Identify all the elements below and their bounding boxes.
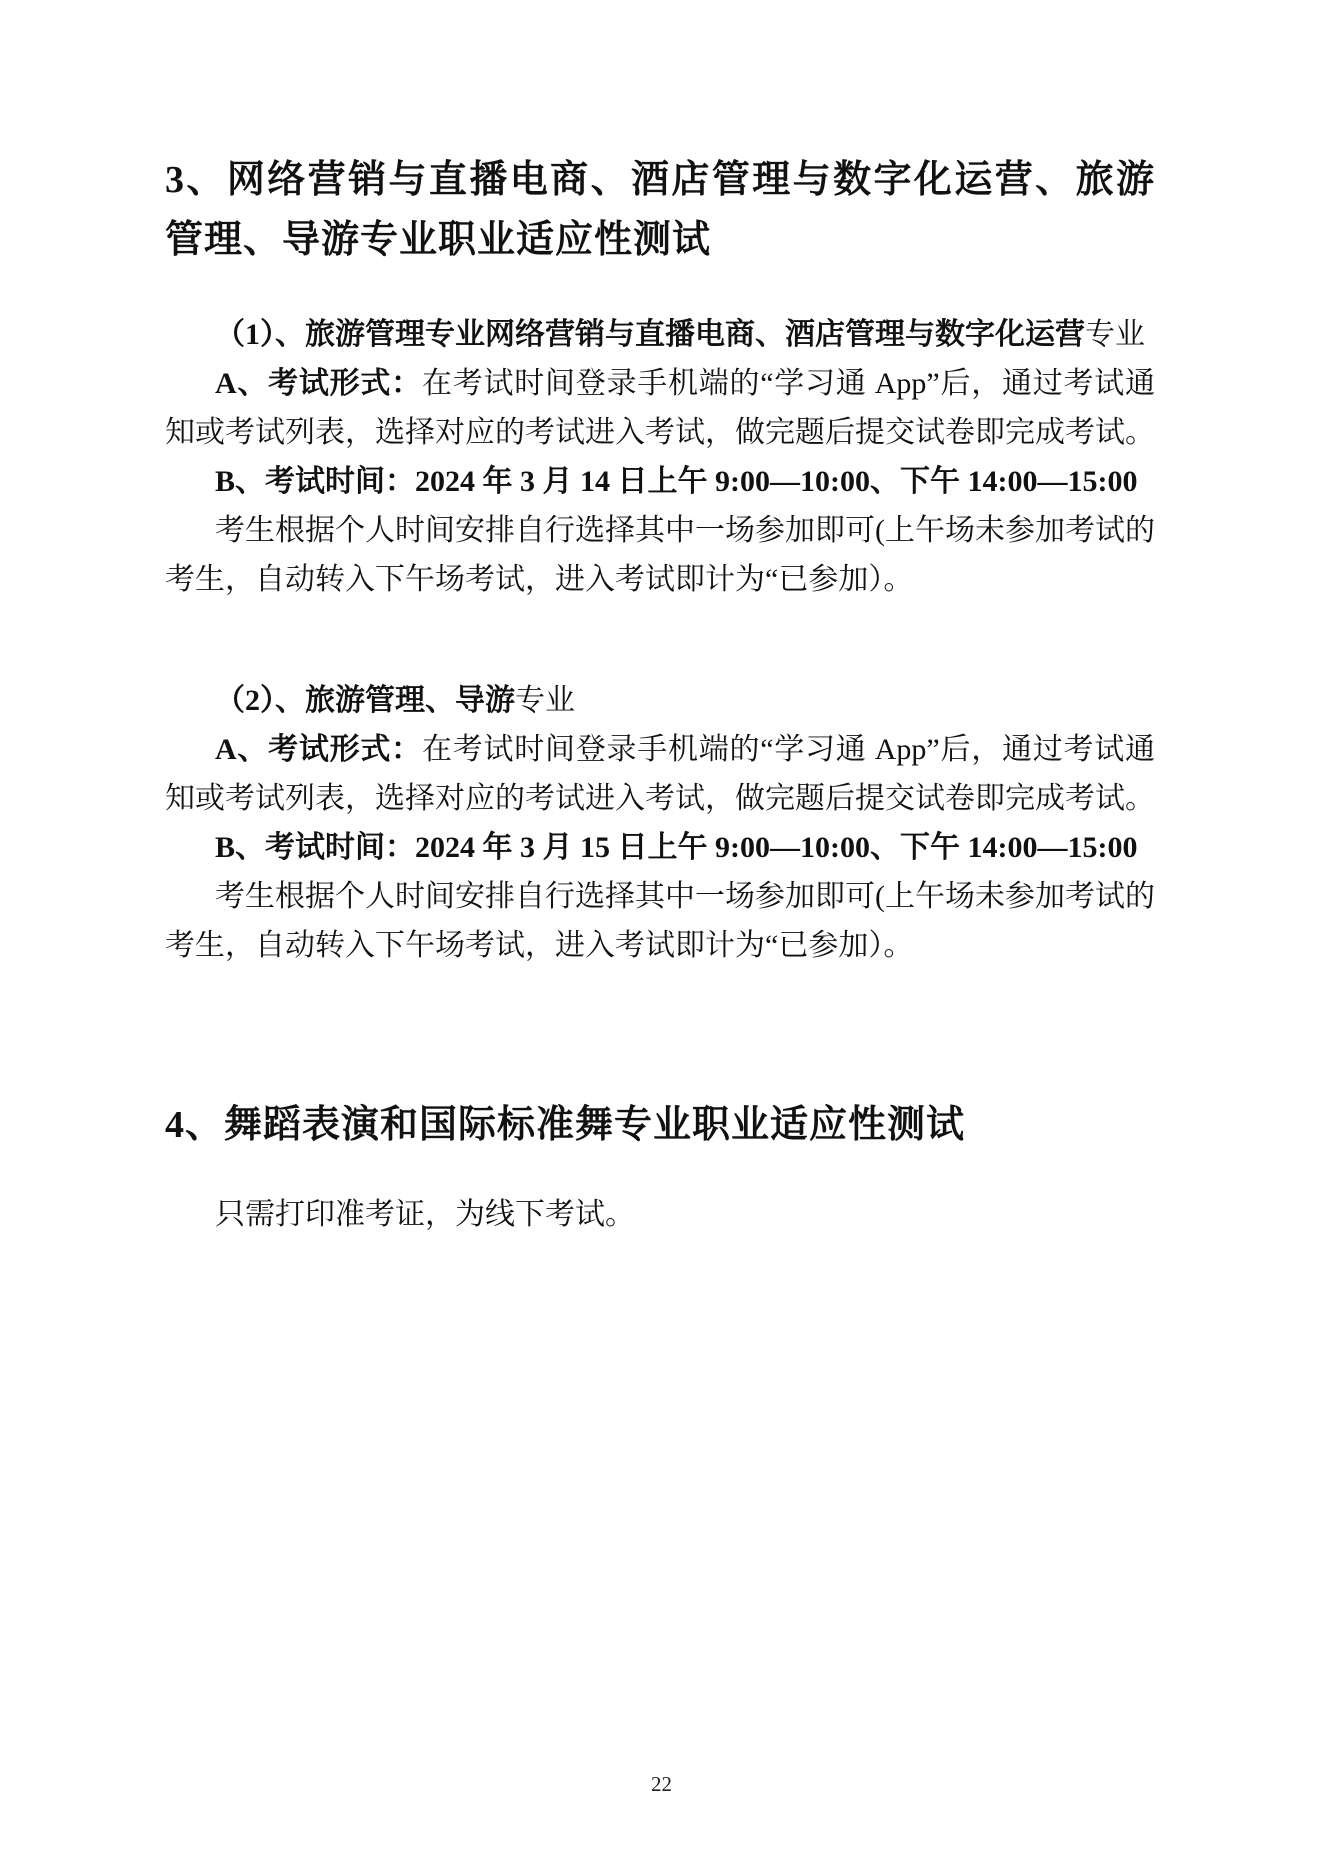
sub2-exam-format-label: A、考试形式： bbox=[215, 733, 422, 766]
sub2-number: （2）、 bbox=[215, 684, 305, 717]
section3-sub1-exam-format: A、考试形式：在考试时间登录手机端的“学习通 App”后，通过考试通知或考试列表… bbox=[165, 359, 1155, 457]
sub1-majors: 旅游管理专业网络营销与直播电商、酒店管理与数字化运营 bbox=[305, 318, 1085, 351]
section3-sub2-title: （2）、旅游管理、导游专业 bbox=[165, 676, 1155, 725]
sub1-majors-suffix: 专业 bbox=[1085, 318, 1145, 351]
section4-body: 只需打印准考证，为线下考试。 bbox=[165, 1190, 1155, 1239]
section3-sub1-note: 考生根据个人时间安排自行选择其中一场参加即可(上午场未参加考试的考生，自动转入下… bbox=[165, 506, 1155, 604]
sub1-number: （1）、 bbox=[215, 318, 305, 351]
section3-sub1-title: （1）、旅游管理专业网络营销与直播电商、酒店管理与数字化运营专业 bbox=[165, 310, 1155, 359]
section3-sub2-note: 考生根据个人时间安排自行选择其中一场参加即可(上午场未参加考试的考生，自动转入下… bbox=[165, 872, 1155, 970]
section4-heading: 4、舞蹈表演和国际标准舞专业职业适应性测试 bbox=[165, 1095, 1155, 1155]
section3-sub1-exam-time: B、考试时间：2024 年 3 月 14 日上午 9:00—10:00、下午 1… bbox=[165, 457, 1155, 506]
section3-sub2-exam-time: B、考试时间：2024 年 3 月 15 日上午 9:00—10:00、下午 1… bbox=[165, 823, 1155, 872]
sub1-exam-format-label: A、考试形式： bbox=[215, 367, 422, 400]
section3-heading: 3、网络营销与直播电商、酒店管理与数字化运营、旅游管理、导游专业职业适应性测试 bbox=[165, 150, 1155, 270]
page-number: 22 bbox=[0, 1772, 1323, 1797]
sub2-majors: 旅游管理、导游 bbox=[305, 684, 515, 717]
document-page: 3、网络营销与直播电商、酒店管理与数字化运营、旅游管理、导游专业职业适应性测试 … bbox=[0, 0, 1323, 1871]
sub2-majors-suffix: 专业 bbox=[515, 684, 575, 717]
section3-sub2-exam-format: A、考试形式：在考试时间登录手机端的“学习通 App”后，通过考试通知或考试列表… bbox=[165, 725, 1155, 823]
document-content: 3、网络营销与直播电商、酒店管理与数字化运营、旅游管理、导游专业职业适应性测试 … bbox=[165, 150, 1155, 1239]
